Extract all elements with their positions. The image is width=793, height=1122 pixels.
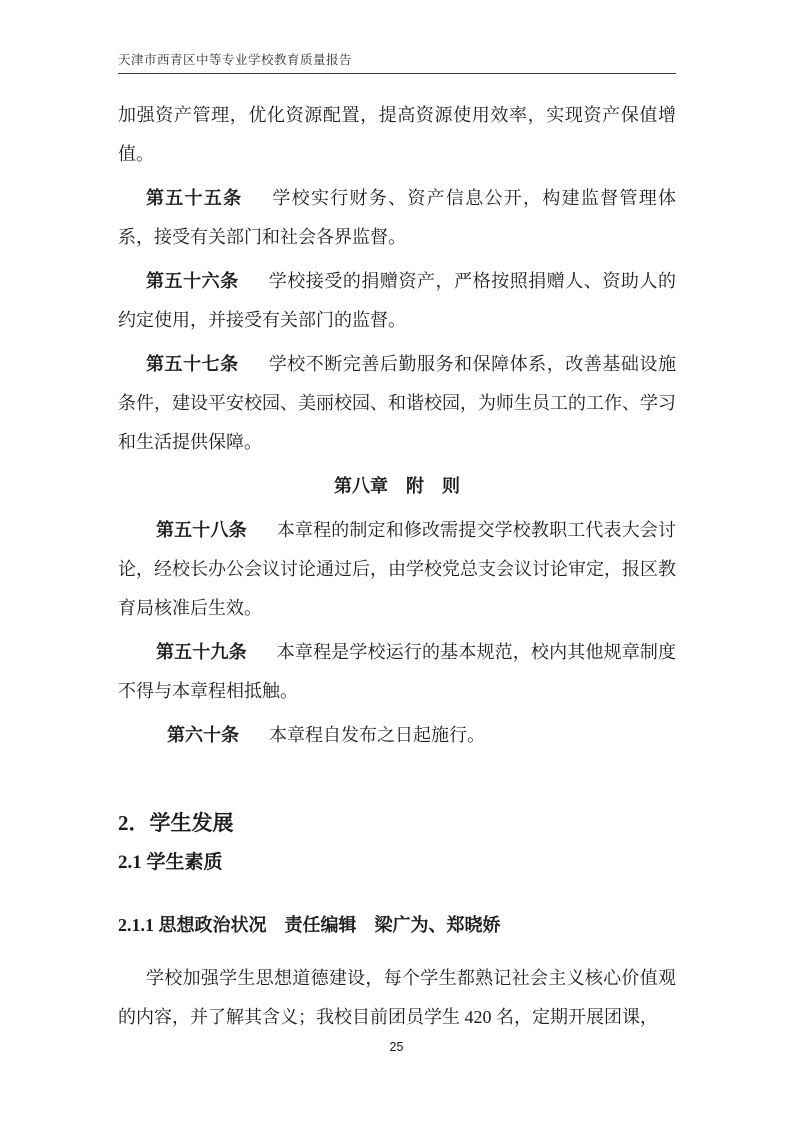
subsection-heading-student-quality: 2.1 学生素质 (118, 848, 676, 878)
chapter-heading: 第八章 附 则 (118, 467, 676, 506)
article-text: 本章程自发布之日起施行。 (269, 725, 485, 745)
article-paragraph: 第五十九条本章程是学校运行的基本规范，校内其他规章制度不得与本章程相抵触。 (118, 633, 676, 711)
subsubsection-heading-ideological-political: 2.1.1 思想政治状况 责任编辑 梁广为、郑晓娇 (118, 911, 676, 939)
page-number: 25 (0, 1040, 793, 1054)
article-number: 第五十六条 (146, 271, 239, 291)
article-paragraph: 第五十六条学校接受的捐赠资产，严格按照捐赠人、资助人的约定使用，并接受有关部门的… (118, 262, 676, 340)
body-paragraph: 学校加强学生思想道德建设，每个学生都熟记社会主义核心价值观的内容，并了解其含义；… (118, 959, 676, 1037)
section-heading-student-development: 2．学生发展 (118, 808, 676, 838)
article-number: 第六十条 (167, 725, 239, 745)
document-body: 加强资产管理，优化资源配置，提高资源使用效率，实现资产保值增值。 第五十五条学校… (118, 0, 676, 1037)
article-paragraph: 第五十七条学校不断完善后勤服务和保障体系，改善基础设施条件，建设平安校园、美丽校… (118, 345, 676, 462)
paragraph-continuation: 加强资产管理，优化资源配置，提高资源使用效率，实现资产保值增值。 (118, 96, 676, 174)
article-number: 第五十五条 (146, 188, 242, 208)
article-number: 第五十九条 (156, 642, 247, 662)
article-paragraph: 第五十八条本章程的制定和修改需提交学校教职工代表大会讨论，经校长办公会议讨论通过… (118, 511, 676, 628)
article-number: 第五十七条 (146, 354, 239, 374)
document-page: 天津市西青区中等专业学校教育质量报告 加强资产管理，优化资源配置，提高资源使用效… (0, 0, 793, 1122)
article-paragraph: 第六十条本章程自发布之日起施行。 (118, 716, 676, 755)
article-number: 第五十八条 (156, 520, 247, 540)
article-paragraph: 第五十五条学校实行财务、资产信息公开，构建监督管理体系，接受有关部门和社会各界监… (118, 179, 676, 257)
